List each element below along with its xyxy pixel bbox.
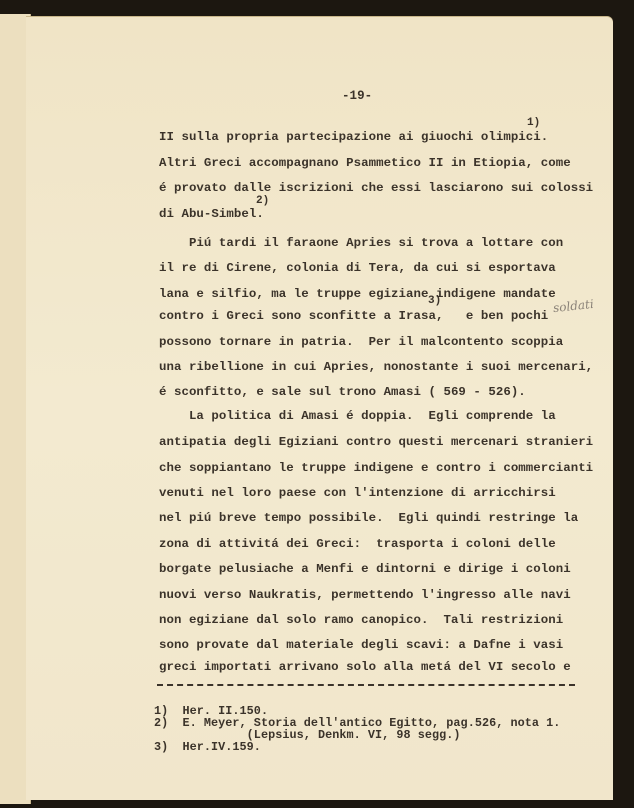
footnote-separator: [157, 684, 575, 686]
body-line: greci importati arrivano solo alla metá …: [159, 660, 571, 674]
body-line: nel piú breve tempo possibile. Egli quin…: [159, 511, 578, 525]
body-line: é provato dalle iscrizioni che essi lasc…: [159, 181, 593, 195]
body-line: sono provate dal materiale degli scavi: …: [159, 638, 563, 652]
body-line: zona di attivitá dei Greci: trasporta i …: [159, 537, 556, 551]
body-line: Piú tardi il faraone Apries si trova a l…: [159, 236, 563, 250]
body-line: lana e silfio, ma le truppe egiziane ind…: [159, 287, 556, 301]
body-line: é sconfitto, e sale sul trono Amasi ( 56…: [159, 385, 526, 399]
page-number: -19-: [342, 89, 372, 103]
body-line: possono tornare in patria. Per il malcon…: [159, 335, 563, 349]
body-line: La politica di Amasi é doppia. Egli comp…: [159, 409, 556, 423]
body-line: venuti nel loro paese con l'intenzione d…: [159, 486, 556, 500]
body-line: il re di Cirene, colonia di Tera, da cui…: [159, 261, 556, 275]
body-line: antipatia degli Egiziani contro questi m…: [159, 435, 593, 449]
body-line: borgate pelusiache a Menfi e dintorni e …: [159, 562, 571, 576]
body-line: una ribellione in cui Apries, nonostante…: [159, 360, 593, 374]
body-line: nuovi verso Naukratis, permettendo l'ing…: [159, 588, 571, 602]
body-line: non egiziane dal solo ramo canopico. Tal…: [159, 613, 563, 627]
footnote: 3) Her.IV.159.: [154, 740, 261, 754]
footnote-mark-3: 3): [428, 295, 441, 307]
body-line: che soppiantano le truppe indigene e con…: [159, 461, 593, 475]
body-line: di Abu-Simbel.: [159, 207, 264, 221]
body-line: Altri Greci accompagnano Psammetico II i…: [159, 156, 571, 170]
footnote-mark-2: 2): [256, 195, 269, 207]
footnote-mark-1: 1): [527, 117, 540, 129]
body-line: contro i Greci sono sconfitte a Irasa, e…: [159, 309, 548, 323]
body-line: II sulla propria partecipazione ai giuoc…: [159, 130, 548, 144]
